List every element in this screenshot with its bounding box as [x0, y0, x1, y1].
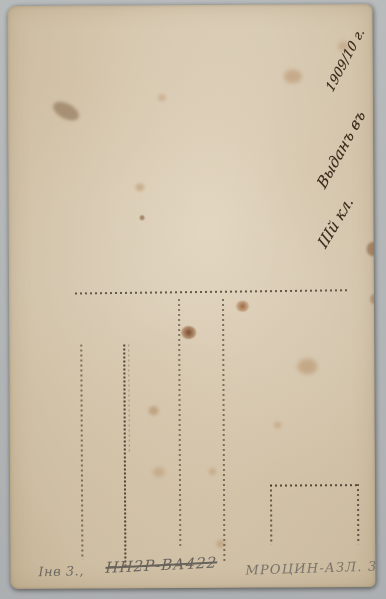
- dotted-line-vertical-2b: [128, 344, 130, 454]
- stain: [181, 326, 196, 339]
- pencil-inventory-number: Інв 3.,: [38, 564, 84, 580]
- stain: [370, 294, 376, 304]
- ink-inscription-line-3: IIIй кл.: [314, 193, 357, 252]
- stamp-box-top-edge: [270, 484, 359, 486]
- stain: [284, 69, 302, 83]
- dotted-line-vertical-4: [222, 299, 225, 562]
- stain: [367, 242, 376, 256]
- ink-inscription-line-2: Выданъ въ: [314, 106, 369, 191]
- stamp-box: [270, 484, 359, 544]
- stain: [297, 358, 317, 374]
- ink-inscription-line-1: 1909/10 г.: [324, 25, 368, 95]
- divider-line: [75, 289, 347, 294]
- stain: [153, 467, 165, 477]
- stain: [50, 98, 82, 124]
- dotted-line-vertical-1: [80, 345, 83, 560]
- stamp-box-right-edge: [357, 484, 359, 544]
- dotted-line-vertical-2: [123, 344, 126, 565]
- postcard-back: 1909/10 г. Выданъ въ IIIй кл. Інв 3., НН…: [7, 4, 375, 589]
- stain: [149, 406, 159, 415]
- photo-backdrop: 1909/10 г. Выданъ въ IIIй кл. Інв 3., НН…: [0, 0, 386, 599]
- stain: [209, 468, 216, 475]
- stain: [158, 94, 166, 101]
- pencil-archive-code: МРОЦИН-АЗЛ. 3-2: [245, 559, 375, 579]
- pencil-crossed-out-code: НН2Р-ВА422: [105, 553, 218, 577]
- stamp-box-left-edge: [270, 485, 272, 545]
- stain: [135, 183, 144, 191]
- stain: [140, 215, 145, 220]
- stain: [274, 422, 282, 429]
- dotted-line-vertical-3: [178, 299, 181, 547]
- stain: [236, 301, 249, 312]
